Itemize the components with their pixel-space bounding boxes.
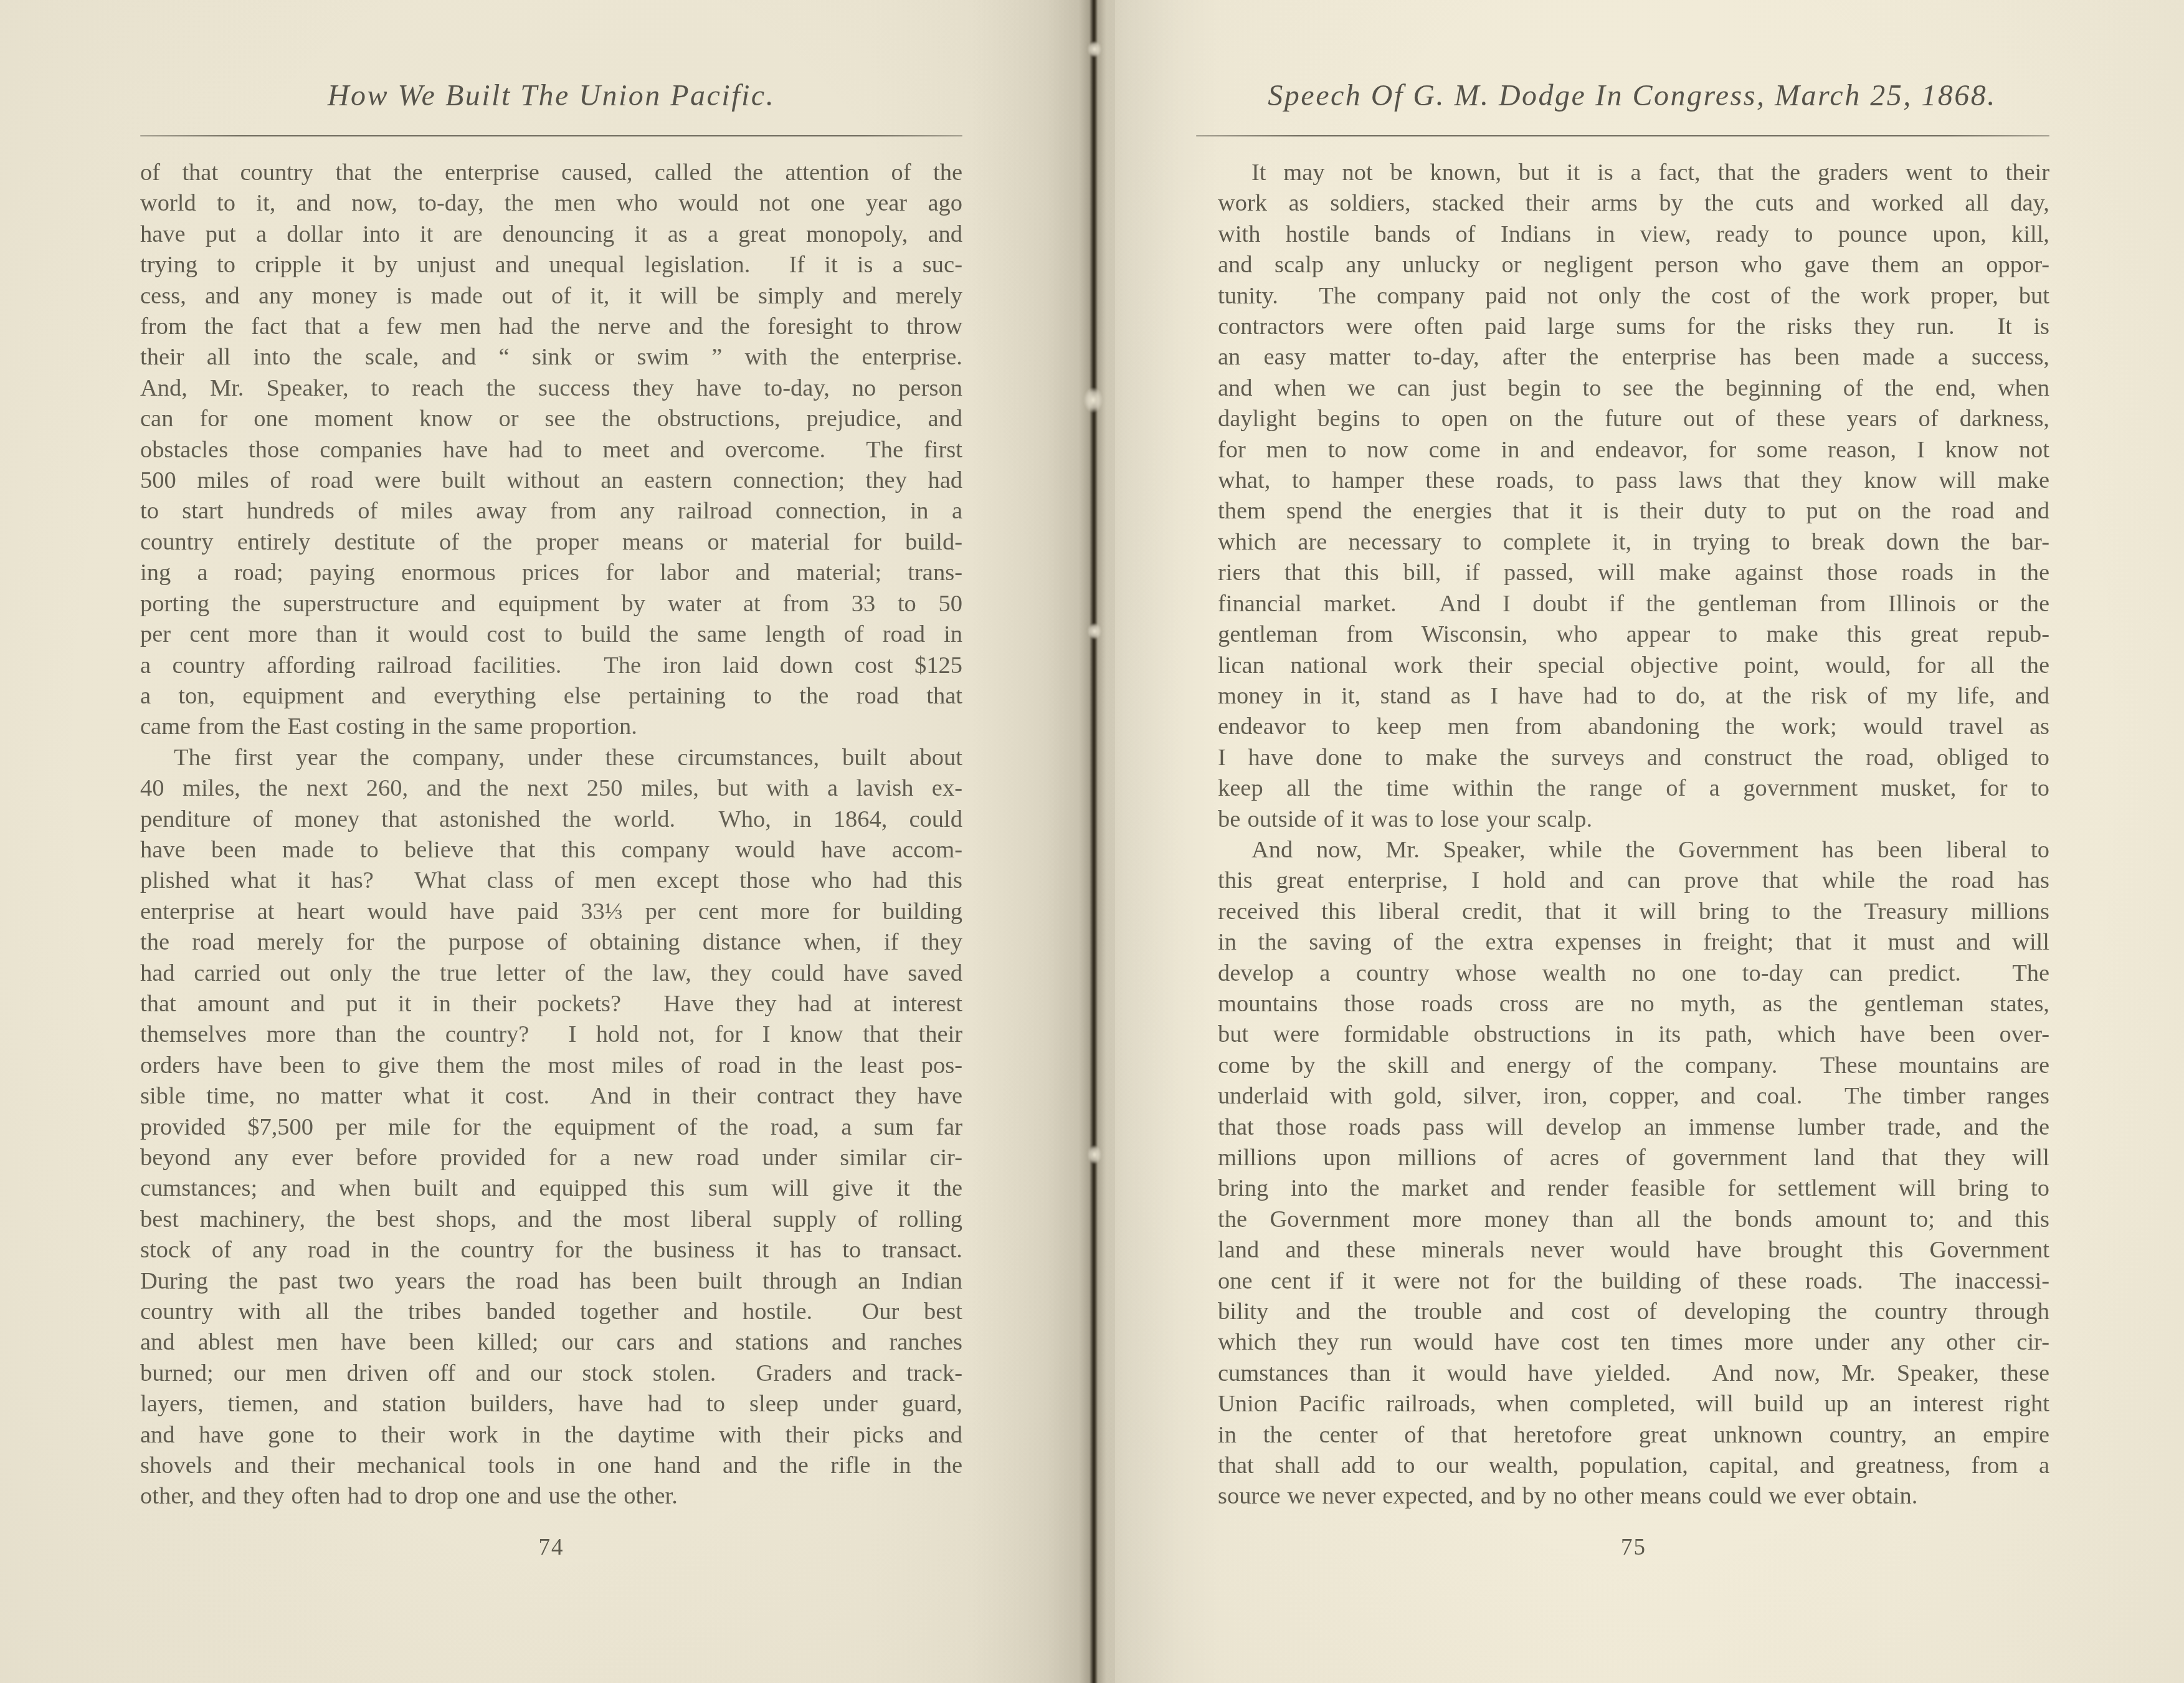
text-line: have been made to believe that this comp… bbox=[140, 835, 962, 865]
text-line: for men to now come in and endeavor, for… bbox=[1218, 435, 2049, 465]
text-line: one cent if it were not for the building… bbox=[1218, 1266, 2049, 1297]
text-line: stock of any road in the country for the… bbox=[140, 1235, 962, 1266]
text-line: in the saving of the extra expenses in f… bbox=[1218, 927, 2049, 958]
text-line: received this liberal credit, that it wi… bbox=[1218, 897, 2049, 927]
text-line: 40 miles, the next 260, and the next 250… bbox=[140, 773, 962, 804]
text-line: layers, tiemen, and station builders, ha… bbox=[140, 1389, 962, 1419]
page-74: How We Built The Union Pacific. of that … bbox=[0, 0, 1115, 1683]
text-line: financial market. And I doubt if the gen… bbox=[1218, 589, 2049, 619]
text-line: beyond any ever before provided for a ne… bbox=[140, 1143, 962, 1173]
text-line: During the past two years the road has b… bbox=[140, 1266, 962, 1297]
text-line: develop a country whose wealth no one to… bbox=[1218, 958, 2049, 989]
text-line: millions upon millions of acres of gover… bbox=[1218, 1143, 2049, 1173]
right-page-number: 75 bbox=[1218, 1534, 2049, 1561]
text-line: cumstances than it would have yielded. A… bbox=[1218, 1358, 2049, 1389]
text-line: which they run would have cost ten times… bbox=[1218, 1327, 2049, 1358]
text-line: to start hundreds of miles away from any… bbox=[140, 496, 962, 527]
book-spread: How We Built The Union Pacific. of that … bbox=[0, 0, 2184, 1683]
text-line: work as soldiers, stacked their arms by … bbox=[1218, 188, 2049, 219]
text-line: that shall add to our wealth, population… bbox=[1218, 1451, 2049, 1481]
paragraph: The first year the company, under these … bbox=[140, 743, 962, 1512]
text-line: in the center of that heretofore great u… bbox=[1218, 1420, 2049, 1451]
text-line: came from the East costing in the same p… bbox=[140, 712, 962, 742]
text-line: tunity. The company paid not only the co… bbox=[1218, 281, 2049, 312]
text-line: cumstances; and when built and equipped … bbox=[140, 1173, 962, 1204]
right-page-body: It may not be known, but it is a fact, t… bbox=[1218, 158, 2049, 1512]
text-line: come by the skill and energy of the comp… bbox=[1218, 1051, 2049, 1081]
text-line: gentleman from Wisconsin, who appear to … bbox=[1218, 619, 2049, 650]
text-line: riers that this bill, if passed, will ma… bbox=[1218, 558, 2049, 588]
text-line: cess, and any money is made out of it, i… bbox=[140, 281, 962, 312]
text-line: country with all the tribes banded toget… bbox=[140, 1297, 962, 1327]
text-line: land and these minerals never would have… bbox=[1218, 1235, 2049, 1266]
right-running-head: Speech Of G. M. Dodge In Congress, March… bbox=[1208, 79, 2056, 113]
text-line: I have done to make the surveys and cons… bbox=[1218, 743, 2049, 773]
text-line: bring into the market and render feasibl… bbox=[1218, 1173, 2049, 1204]
text-line: other, and they often had to drop one an… bbox=[140, 1481, 962, 1512]
text-line: that those roads pass will develop an im… bbox=[1218, 1112, 2049, 1143]
text-line: provided $7,500 per mile for the equipme… bbox=[140, 1112, 962, 1143]
text-line: porting the superstructure and equipment… bbox=[140, 589, 962, 619]
text-line: had carried out only the true letter of … bbox=[140, 958, 962, 989]
text-line: burned; our men driven off and our stock… bbox=[140, 1358, 962, 1389]
text-line: It may not be known, but it is a fact, t… bbox=[1218, 158, 2049, 188]
text-line: sible time, no matter what it cost. And … bbox=[140, 1081, 962, 1112]
text-line: world to it, and now, to-day, the men wh… bbox=[140, 188, 962, 219]
text-line: trying to cripple it by unjust and unequ… bbox=[140, 250, 962, 280]
text-line: obstacles those companies have had to me… bbox=[140, 435, 962, 465]
text-line: can for one moment know or see the obstr… bbox=[140, 404, 962, 434]
left-page-body: of that country that the enterprise caus… bbox=[140, 158, 962, 1512]
text-line: the road merely for the purpose of obtai… bbox=[140, 927, 962, 958]
text-line: And now, Mr. Speaker, while the Governme… bbox=[1218, 835, 2049, 865]
text-line: plished what it has? What class of men e… bbox=[140, 865, 962, 896]
text-line: Union Pacific railroads, when completed,… bbox=[1218, 1389, 2049, 1419]
text-line: what, to hamper these roads, to pass law… bbox=[1218, 465, 2049, 496]
text-line: per cent more than it would cost to buil… bbox=[140, 619, 962, 650]
paragraph: of that country that the enterprise caus… bbox=[140, 158, 962, 743]
text-line: and scalp any unlucky or negligent perso… bbox=[1218, 250, 2049, 280]
text-line: best machinery, the best shops, and the … bbox=[140, 1204, 962, 1235]
text-line: daylight begins to open on the future ou… bbox=[1218, 404, 2049, 434]
text-line: 500 miles of road were built without an … bbox=[140, 465, 962, 496]
text-line: source we never expected, and by no othe… bbox=[1218, 1481, 2049, 1512]
text-line: mountains those roads cross are no myth,… bbox=[1218, 989, 2049, 1019]
left-header-rule bbox=[140, 135, 962, 136]
text-line: money in it, stand as I have had to do, … bbox=[1218, 681, 2049, 712]
text-line: a country affording railroad facilities.… bbox=[140, 651, 962, 681]
text-line: enterprise at heart would have paid 33⅓ … bbox=[140, 897, 962, 927]
paragraph: And now, Mr. Speaker, while the Governme… bbox=[1218, 835, 2049, 1512]
text-line: shovels and their mechanical tools in on… bbox=[140, 1451, 962, 1481]
text-line: and ablest men have been killed; our car… bbox=[140, 1327, 962, 1358]
text-line: from the fact that a few men had the ner… bbox=[140, 312, 962, 342]
page-75: Speech Of G. M. Dodge In Congress, March… bbox=[1115, 0, 2184, 1683]
text-line: and when we can just begin to see the be… bbox=[1218, 373, 2049, 404]
text-line: keep all the time within the range of a … bbox=[1218, 773, 2049, 804]
left-page-number: 74 bbox=[140, 1534, 962, 1561]
text-line: contractors were often paid large sums f… bbox=[1218, 312, 2049, 342]
text-line: bility and the trouble and cost of devel… bbox=[1218, 1297, 2049, 1327]
text-line: this great enterprise, I hold and can pr… bbox=[1218, 865, 2049, 896]
right-header-rule bbox=[1196, 135, 2049, 136]
text-line: their all into the scale, and “ sink or … bbox=[140, 342, 962, 373]
text-line: of that country that the enterprise caus… bbox=[140, 158, 962, 188]
text-line: which are necessary to complete it, in t… bbox=[1218, 527, 2049, 558]
left-running-head: How We Built The Union Pacific. bbox=[140, 79, 962, 113]
text-line: themselves more than the country? I hold… bbox=[140, 1019, 962, 1050]
text-line: but were formidable obstructions in its … bbox=[1218, 1019, 2049, 1050]
paragraph: It may not be known, but it is a fact, t… bbox=[1218, 158, 2049, 835]
text-line: be outside of it was to lose your scalp. bbox=[1218, 804, 2049, 835]
text-line: endeavor to keep men from abandoning the… bbox=[1218, 712, 2049, 742]
text-line: a ton, equipment and everything else per… bbox=[140, 681, 962, 712]
text-line: with hostile bands of Indians in view, r… bbox=[1218, 219, 2049, 250]
text-line: the Government more money than all the b… bbox=[1218, 1204, 2049, 1235]
text-line: orders have been to give them the most m… bbox=[140, 1051, 962, 1081]
text-line: an easy matter to-day, after the enterpr… bbox=[1218, 342, 2049, 373]
text-line: them spend the energies that it is their… bbox=[1218, 496, 2049, 527]
text-line: lican national work their special object… bbox=[1218, 651, 2049, 681]
text-line: And, Mr. Speaker, to reach the success t… bbox=[140, 373, 962, 404]
text-line: that amount and put it in their pockets?… bbox=[140, 989, 962, 1019]
text-line: and have gone to their work in the dayti… bbox=[140, 1420, 962, 1451]
text-line: underlaid with gold, silver, iron, coppe… bbox=[1218, 1081, 2049, 1112]
text-line: ing a road; paying enormous prices for l… bbox=[140, 558, 962, 588]
text-line: penditure of money that astonished the w… bbox=[140, 804, 962, 835]
text-line: The first year the company, under these … bbox=[140, 743, 962, 773]
text-line: have put a dollar into it are denouncing… bbox=[140, 219, 962, 250]
text-line: country entirely destitute of the proper… bbox=[140, 527, 962, 558]
